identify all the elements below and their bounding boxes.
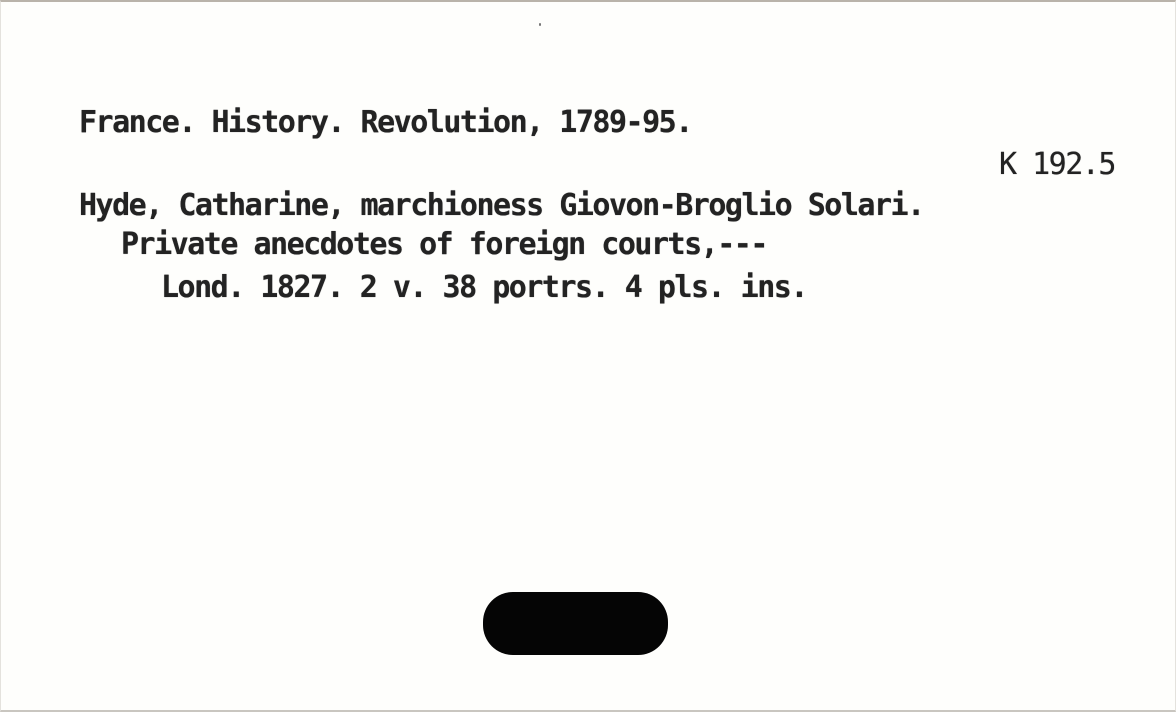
catalog-card: France. History. Revolution, 1789-95. K …	[0, 0, 1176, 712]
card-punch-hole	[483, 592, 668, 655]
call-number: K 192.5	[999, 150, 1115, 180]
title-line: Private anecdotes of foreign courts,---	[121, 230, 767, 260]
author-line: Hyde, Catharine, marchioness Giovon-Brog…	[79, 191, 924, 221]
imprint-line: Lond. 1827. 2 v. 38 portrs. 4 pls. ins.	[161, 273, 807, 303]
subject-heading: France. History. Revolution, 1789-95.	[79, 108, 692, 138]
paper-speck	[539, 23, 541, 26]
